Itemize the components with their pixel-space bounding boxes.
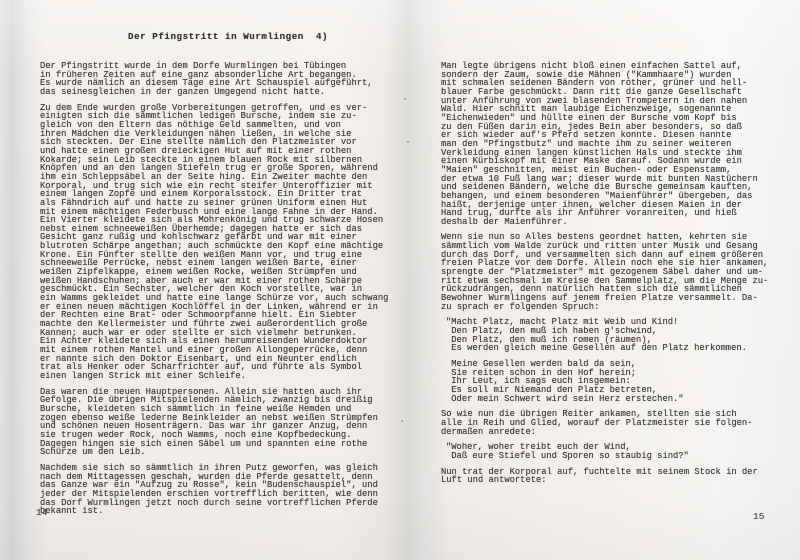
scan-speck (407, 141, 409, 143)
paragraph: Zu dem Ende wurden große Vorbereitungen … (40, 104, 406, 381)
paragraph: Nachdem sie sich so sämmtlich in ihren P… (40, 464, 406, 516)
verse-paragraph: "Macht Platz, macht Platz mit Weib und K… (446, 318, 791, 353)
paragraph: Der Pfingstritt wurde in dem Dorfe Wurml… (40, 62, 406, 97)
page-left-text-column: Der Pfingstritt wurde in dem Dorfe Wurml… (40, 62, 406, 523)
verse-paragraph: "Woher, woher treibt euch der Wind, Daß … (446, 443, 791, 460)
paragraph: Man legte übrigens nicht bloß einen einf… (441, 62, 791, 226)
paragraph: Wenn sie nun so Alles bestens geordnet h… (441, 233, 791, 311)
book-spread: Der Pfingstritt in Wurmlingen 4) Der Pfi… (0, 0, 800, 560)
page-right-text-column: Man legte übrigens nicht bloß einen einf… (441, 62, 791, 492)
verse-paragraph: Meine Gesellen werden bald da sein, Sie … (446, 360, 791, 403)
paragraph: Nun trat der Korporal auf, fuchtelte mit… (441, 468, 791, 485)
page-number-right: 15 (753, 511, 764, 522)
paragraph: So wie nun die übrigen Reiter ankamen, s… (441, 410, 791, 436)
page-title: Der Pfingstritt in Wurmlingen 4) (128, 31, 328, 42)
page-number-left: 14 (36, 507, 47, 518)
paragraph: Das waren die neuen Hauptpersonen. Allei… (40, 388, 406, 457)
scan-speck (404, 98, 406, 100)
scan-speck (384, 299, 386, 301)
scan-speck (401, 420, 403, 422)
